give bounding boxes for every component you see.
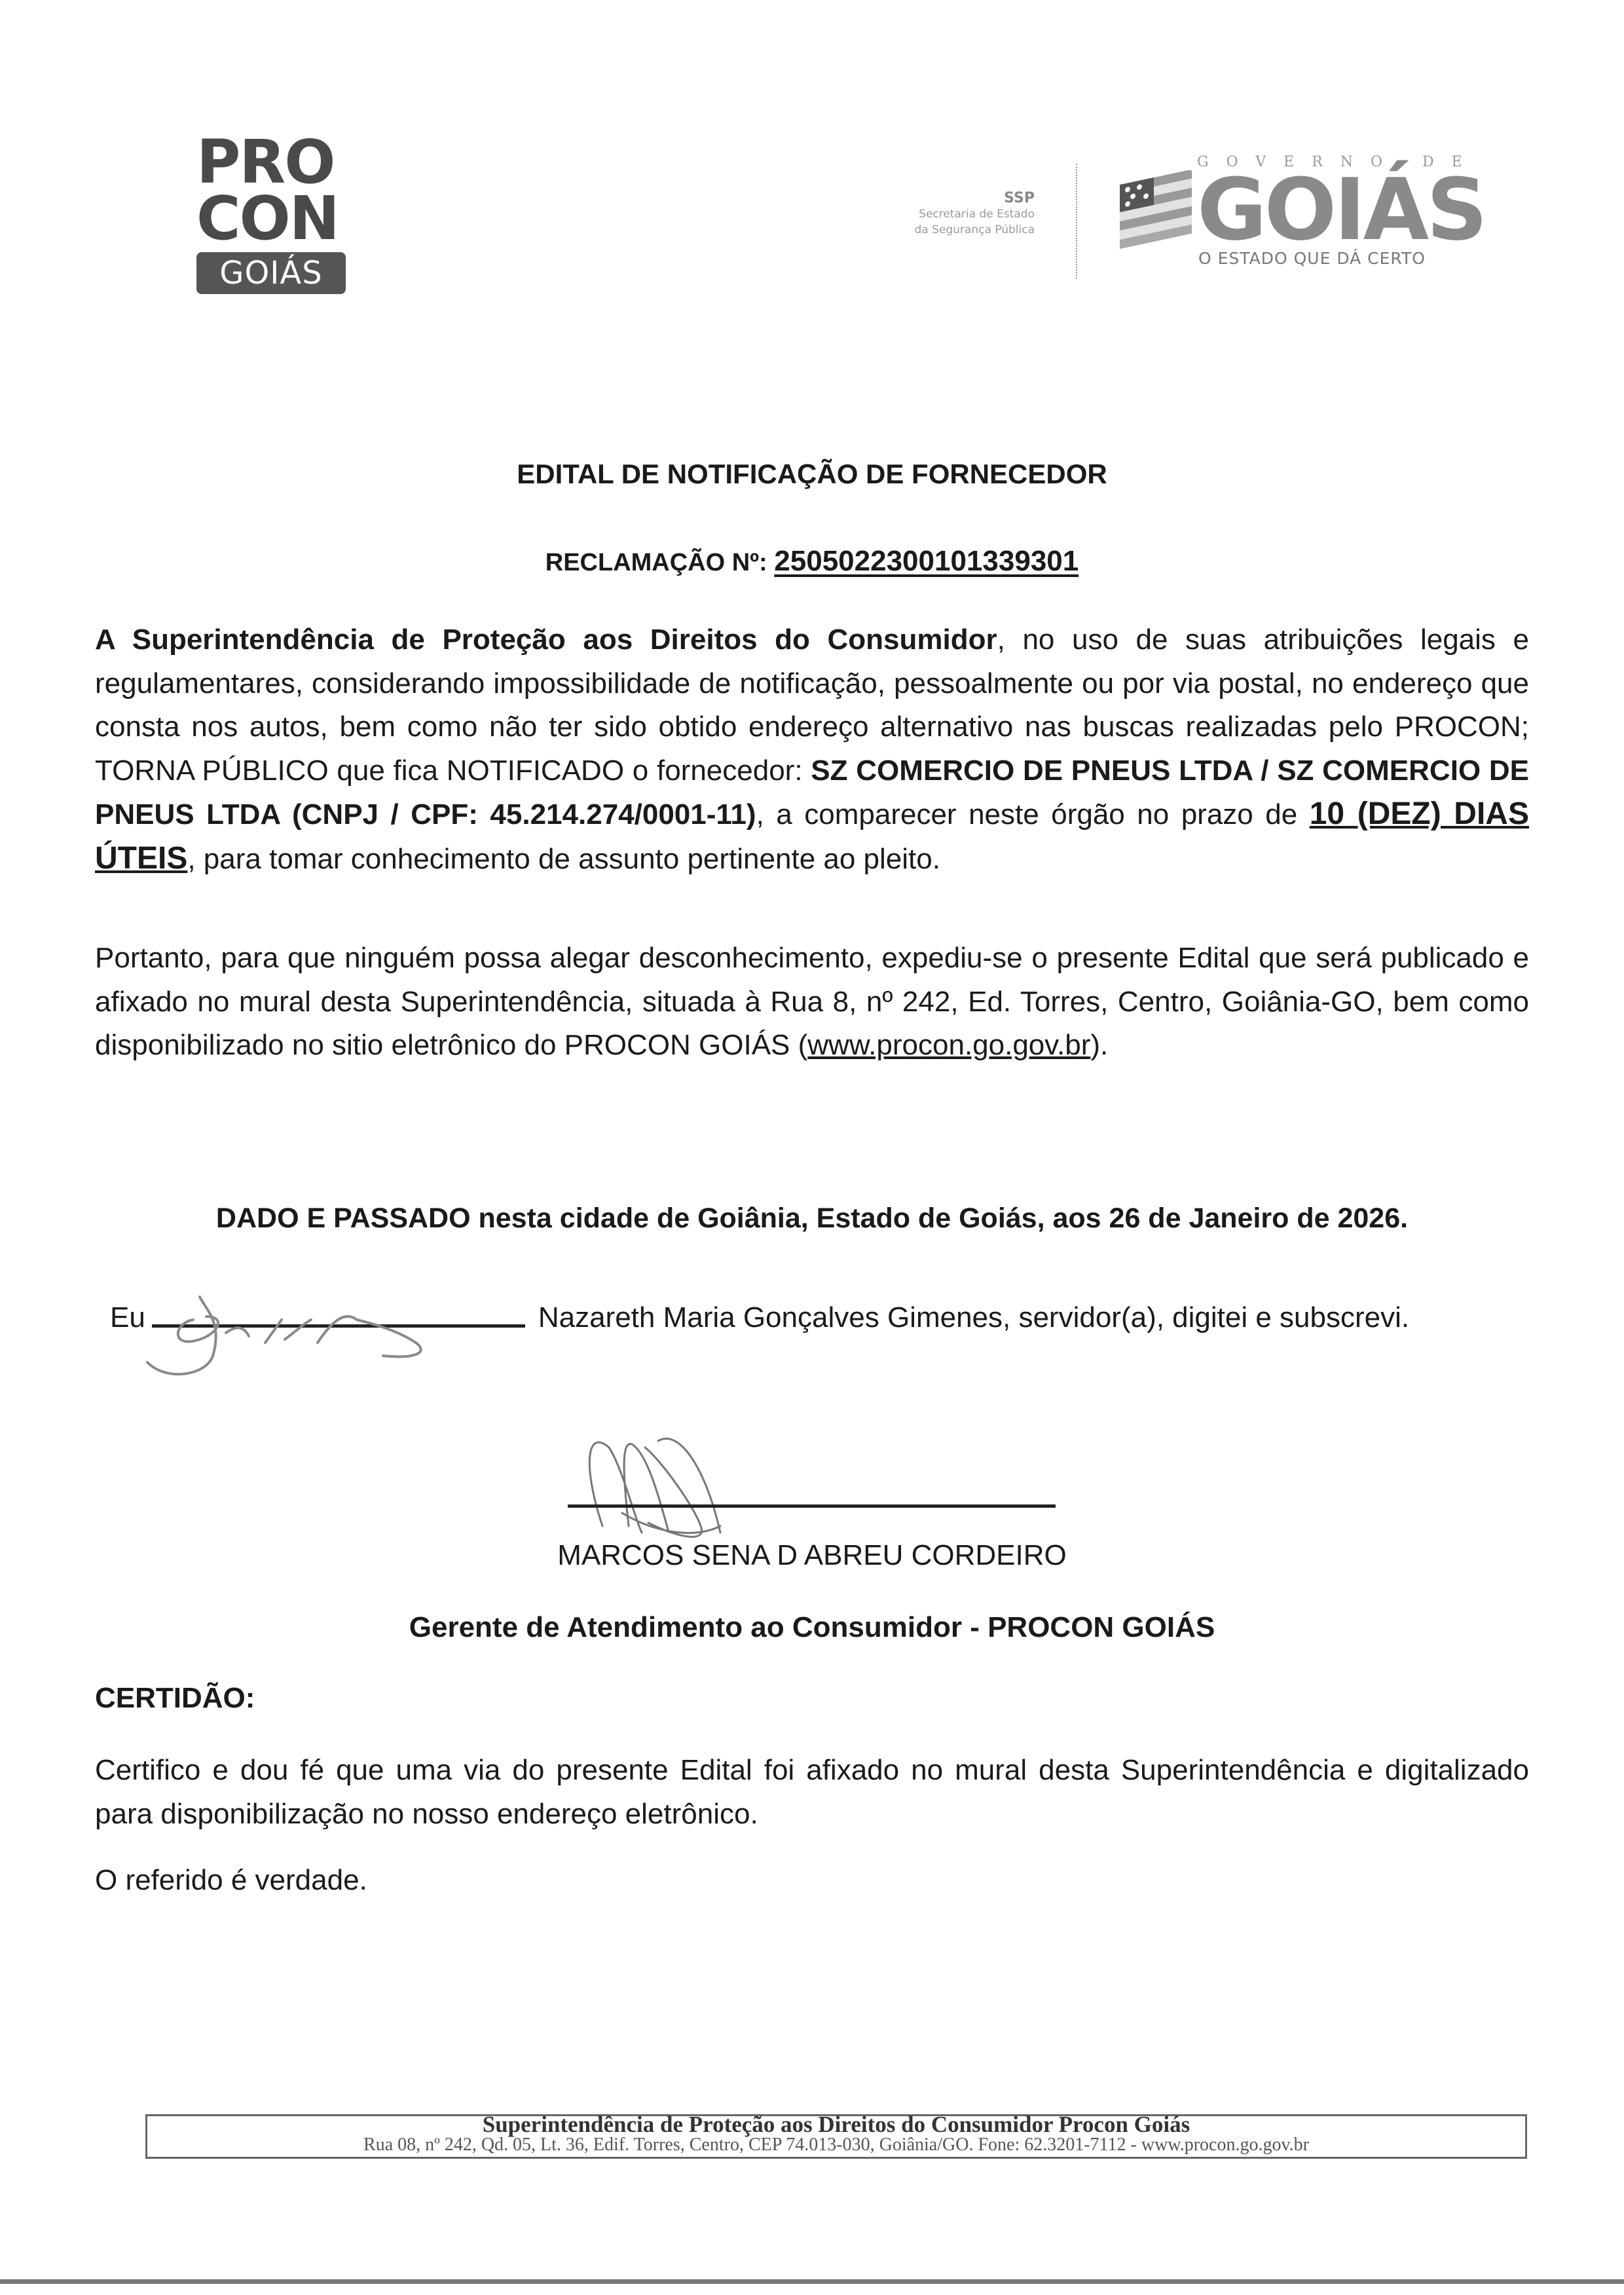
paragraph2-end: ).: [1090, 1029, 1108, 1061]
gov-logo-name: GOIÁS: [1197, 170, 1485, 249]
clerk-text: Nazareth Maria Gonçalves Gimenes, servid…: [538, 1301, 1409, 1334]
clerk-signature-icon: [108, 1284, 449, 1375]
footer-agency: Superintendência de Proteção aos Direito…: [147, 2114, 1525, 2135]
ssp-acronym: SSP: [864, 190, 1035, 206]
ssp-logo: SSP Secretaria de Estado da Segurança Pú…: [864, 190, 1035, 238]
claim-number: 2505022300101339301: [774, 545, 1079, 577]
issued-date-line: DADO E PASSADO nesta cidade de Goiânia, …: [0, 1203, 1624, 1235]
signer-role: Gerente de Atendimento ao Consumidor - P…: [0, 1611, 1624, 1644]
logo-badge-goias: GOIÁS: [196, 252, 346, 294]
footer-address: Rua 08, nº 242, Qd. 05, Lt. 36, Edif. To…: [147, 2135, 1525, 2155]
manager-signature-line: [568, 1504, 1056, 1508]
footer-address-box: Superintendência de Proteção aos Direito…: [145, 2114, 1527, 2159]
paragraph1-text3: , para tomar conhecimento de assunto per…: [187, 843, 940, 875]
paragraph1-text2: , a comparecer neste órgão no prazo de: [756, 798, 1310, 830]
certidao-text: Certifico e dou fé que uma via do presen…: [95, 1749, 1529, 1836]
logo-line-con: CON: [196, 191, 357, 247]
procon-goias-logo: PRO CON GOIÁS: [196, 134, 357, 294]
goias-flag-icon: [1120, 170, 1192, 249]
claim-label: RECLAMAÇÃO Nº:: [545, 549, 767, 576]
claim-number-line: RECLAMAÇÃO Nº: 2505022300101339301: [0, 545, 1624, 578]
manager-signature-icon: [550, 1402, 812, 1559]
certidao-heading: CERTIDÃO:: [95, 1682, 255, 1715]
publication-paragraph: Portanto, para que ninguém possa alegar …: [95, 937, 1529, 1068]
signer-name: MARCOS SENA D ABREU CORDEIRO: [0, 1539, 1624, 1572]
document-title: EDITAL DE NOTIFICAÇÃO DE FORNECEDOR: [0, 458, 1624, 490]
logo-divider: [1076, 164, 1077, 278]
scan-bottom-edge: [0, 2279, 1624, 2284]
governo-goias-logo: GOVERNO DE GOIÁS O ESTADO QUE DÁ CERTO: [1120, 154, 1500, 268]
logo-line-pro: PRO: [196, 134, 357, 191]
certidao-closing: O referido é verdade.: [95, 1864, 367, 1897]
notification-paragraph: A Superintendência de Proteção aos Direi…: [95, 618, 1529, 881]
ssp-line2: da Segurança Pública: [864, 222, 1035, 238]
ssp-line1: Secretaria de Estado: [864, 206, 1035, 222]
procon-website-link[interactable]: www.procon.go.gov.br: [807, 1029, 1090, 1061]
agency-name: A Superintendência de Proteção aos Direi…: [95, 624, 997, 656]
